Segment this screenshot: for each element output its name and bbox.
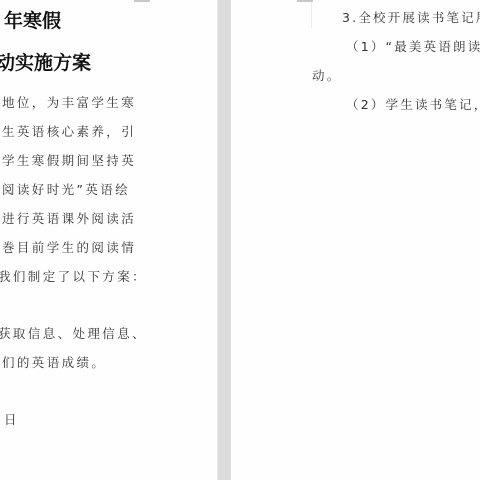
body-line: 巻目前学生的阅读情: [2, 238, 136, 256]
body-line: 获取信息、处理信息、: [0, 324, 147, 342]
body-line: 地位，为丰富学生寒: [2, 93, 136, 111]
body-line: （2）学生读书笔记，: [346, 95, 480, 113]
page-gutter: [217, 0, 231, 480]
body-line: 3.全校开展读书笔记展: [342, 8, 480, 26]
body-line: 生英语核心素养，引: [2, 122, 136, 140]
date-fragment: 日: [4, 410, 19, 428]
body-line: 阅读好时光”英语绘: [2, 180, 130, 198]
document-page-left: 年寒假 动实施方案 地位，为丰富学生寒 生英语核心素养，引 学生寒假期间坚持英 …: [0, 0, 217, 480]
page-corner-mark: [134, 0, 150, 2]
body-line: 动。: [312, 66, 341, 84]
title-line-1: 年寒假: [4, 6, 61, 33]
body-line: 进行英语课外阅读活: [2, 209, 136, 227]
document-page-right: 3.全校开展读书笔记展 （1）“最美英语朗读 动。 （2）学生读书笔记，: [231, 0, 480, 480]
body-line: 学生寒假期间坚持英: [2, 151, 136, 169]
body-line: （1）“最美英语朗读: [346, 37, 480, 55]
body-line: 们的英语成绩。: [2, 353, 106, 371]
body-line: 我们制定了以下方案：: [0, 267, 147, 285]
page-corner-mark: [311, 2, 312, 28]
title-line-2: 动实施方案: [0, 48, 91, 75]
